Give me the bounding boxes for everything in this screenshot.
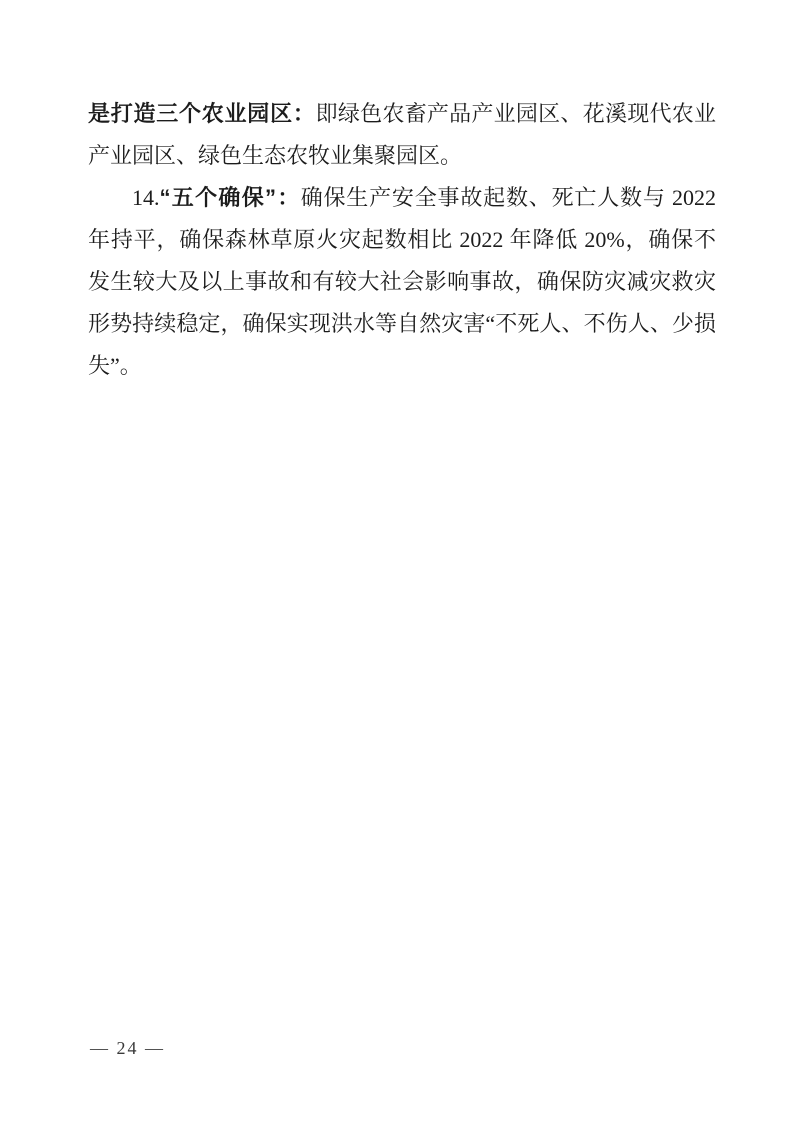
page-number: — 24 —	[90, 1036, 165, 1060]
paragraph-lead-bold: 是打造三个农业园区：	[88, 101, 316, 126]
paragraph-agriculture-parks: 是打造三个农业园区：即绿色农畜产品产业园区、花溪现代农业产业园区、绿色生态农牧业…	[88, 93, 716, 177]
paragraph-body-text: 确保生产安全事故起数、死亡人数与 2022 年持平，确保森林草原火灾起数相比 2…	[88, 185, 716, 378]
document-page: 是打造三个农业园区：即绿色农畜产品产业园区、花溪现代农业产业园区、绿色生态农牧业…	[0, 0, 793, 1122]
paragraph-five-guarantees: 14.“五个确保”：确保生产安全事故起数、死亡人数与 2022 年持平，确保森林…	[88, 177, 716, 387]
list-item-number: 14.	[132, 185, 160, 210]
document-body: 是打造三个农业园区：即绿色农畜产品产业园区、花溪现代农业产业园区、绿色生态农牧业…	[88, 93, 716, 387]
paragraph-lead-bold: “五个确保”：	[160, 185, 301, 210]
